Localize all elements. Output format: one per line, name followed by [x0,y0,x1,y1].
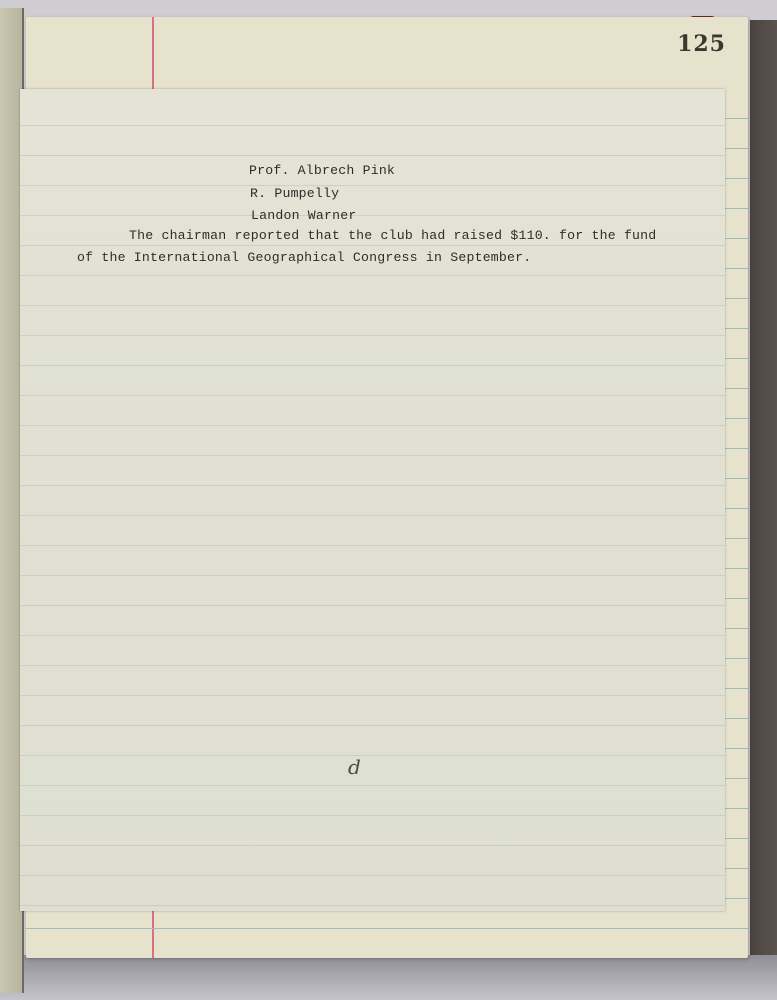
background-bottom [0,955,777,1000]
sheet-ruled-line [20,755,725,756]
sheet-ruled-line [20,215,725,216]
sheet-ruled-line [20,635,725,636]
sheet-ruled-line [20,575,725,576]
attendee-name: R. Pumpelly [250,186,339,201]
sheet-ruled-line [20,125,725,126]
sheet-ruled-line [20,455,725,456]
sheet-ruled-line [20,515,725,516]
sheet-ruled-line [20,275,725,276]
sheet-ruled-line [20,845,725,846]
attendee-name: Prof. Albrech Pink [249,163,395,178]
sheet-ruled-line [20,545,725,546]
handwritten-mark: d [348,755,361,779]
ruled-line [26,928,748,929]
sheet-ruled-line [20,875,725,876]
page-number: 125 [677,31,726,57]
sheet-ruled-line [20,905,725,906]
typed-sheet [20,89,725,911]
sheet-ruled-line [20,785,725,786]
paragraph-line: of the International Geographical Congre… [77,250,531,265]
sheet-ruled-line [20,185,725,186]
sheet-ruled-line [20,395,725,396]
sheet-ruled-line [20,425,725,426]
sheet-ruled-line [20,155,725,156]
sheet-ruled-line [20,725,725,726]
attendee-name: Landon Warner [251,208,356,223]
sheet-ruled-line [20,695,725,696]
background-right [750,20,777,960]
sheet-ruled-line [20,665,725,666]
sheet-ruled-line [20,605,725,606]
sheet-ruled-line [20,335,725,336]
sheet-ruled-line [20,365,725,366]
sheet-ruled-line [20,245,725,246]
sheet-ruled-line [20,485,725,486]
paragraph-line: The chairman reported that the club had … [129,228,656,243]
sheet-ruled-line [20,815,725,816]
sheet-ruled-line [20,305,725,306]
